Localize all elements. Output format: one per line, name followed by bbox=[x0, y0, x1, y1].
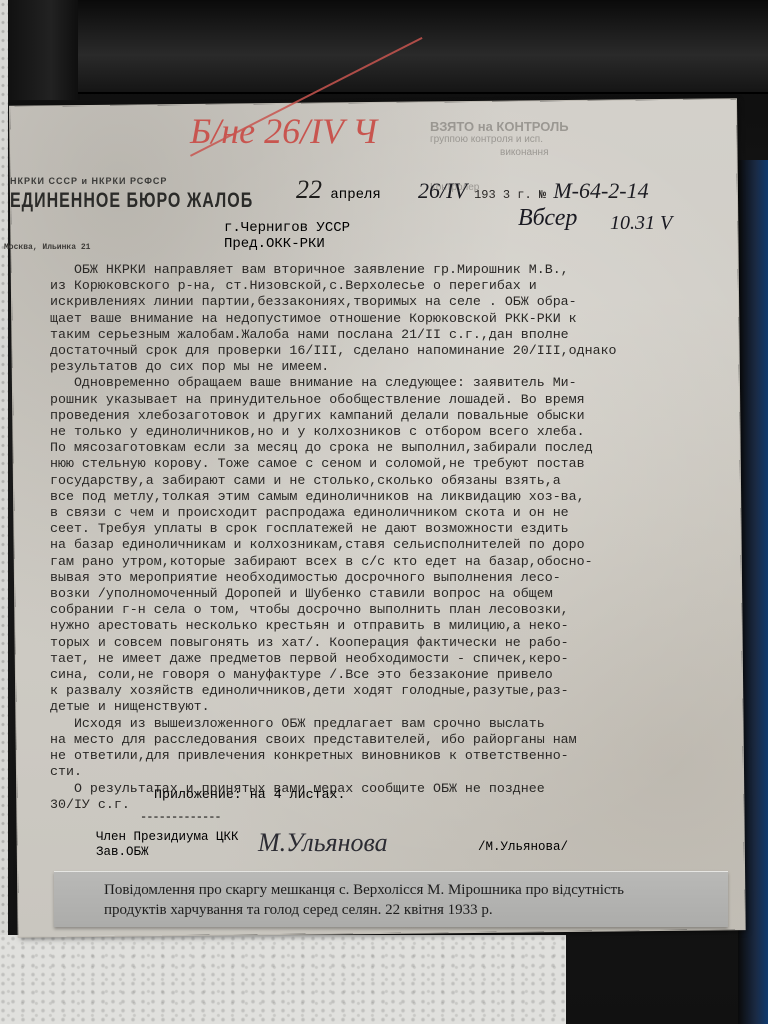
body-line: Одновременно обращаем ваше внимание на с… bbox=[50, 375, 730, 391]
handwritten-note: 10.31 V bbox=[610, 212, 672, 235]
body-line: Исходя из вышеизложенного ОБЖ предлагает… bbox=[50, 716, 730, 732]
signatory-name: /М.Ульянова/ bbox=[478, 840, 568, 854]
body-line: рошник указывает на принудительное обобщ… bbox=[50, 392, 730, 408]
body-line: торых и совсем повыгонять из хат/. Коопе… bbox=[50, 635, 730, 651]
signatory-role: Член Президиума ЦКК bbox=[96, 830, 239, 845]
letterhead-org: НКРКИ СССР и НКРКИ РСФСР bbox=[10, 176, 253, 186]
body-line: сеет. Требуя уплаты в срок госплатежей н… bbox=[50, 521, 730, 537]
body-line: детые и нищенствуют. bbox=[50, 699, 730, 715]
separator-dashes: ------------- bbox=[140, 810, 221, 824]
body-line: из Корюковского р-на, ст.Низовской,с.Вер… bbox=[50, 278, 730, 294]
letter-body: ОБЖ НКРКИ направляет вам вторичное заявл… bbox=[50, 262, 730, 813]
body-line: на базар единоличникам и колхозникам,ста… bbox=[50, 537, 730, 553]
signatory-role: Зав.ОБЖ bbox=[96, 845, 239, 860]
body-line: гам рано утром,которые забирают всех в с… bbox=[50, 554, 730, 570]
body-line: таким серьезным жалобам.Жалоба нами посл… bbox=[50, 327, 730, 343]
body-line: государству,а забирают сами и не столько… bbox=[50, 473, 730, 489]
stamp-line: виконання bbox=[430, 146, 569, 159]
body-line: проведения хлебозаготовок и других кампа… bbox=[50, 408, 730, 424]
body-line: нюю стельную корову. Тоже самое с сеном … bbox=[50, 456, 730, 472]
body-line: не ответили,для привлечения конкретных в… bbox=[50, 748, 730, 764]
registration-line: 26/IV 193 3 г. № М-64-2-14 bbox=[418, 178, 649, 204]
body-line: ОБЖ НКРКИ направляет вам вторичное заявл… bbox=[50, 262, 730, 278]
body-line: сина, соли,не говоря о мануфактуре /.Все… bbox=[50, 667, 730, 683]
registration-number: М-64-2-14 bbox=[553, 178, 648, 203]
letterhead-title: ЕДИНЕННОЕ БЮРО ЖАЛОБ bbox=[10, 190, 253, 213]
signature-roles: Член Президиума ЦКК Зав.ОБЖ bbox=[96, 830, 239, 860]
caption-line: Повідомлення про скаргу мешканця с. Верх… bbox=[104, 880, 728, 900]
exhibit-caption: Повідомлення про скаргу мешканця с. Верх… bbox=[54, 871, 728, 927]
body-line: все под метлу,толкая этим самым единолич… bbox=[50, 489, 730, 505]
body-line: возки /уполномоченный Доропей и Шубенко … bbox=[50, 586, 730, 602]
registration-date: 26/IV bbox=[418, 178, 467, 203]
body-line: собрании г-н села о том, чтобы досрочно … bbox=[50, 602, 730, 618]
date-day: 22 bbox=[296, 175, 322, 204]
body-line: достаточный срок для проверки 16/III, сд… bbox=[50, 343, 730, 359]
stamp-title: ВЗЯТО на КОНТРОЛЬ bbox=[430, 120, 569, 133]
red-resolution: Б/не 26/IV Ч bbox=[190, 110, 377, 152]
stamp-line: группою контроля и исп. bbox=[430, 133, 569, 146]
body-line: нужно арестовать несколько крестьян и от… bbox=[50, 618, 730, 634]
registration-number-label: № bbox=[539, 188, 546, 202]
addressee: г.Чернигов УССР Пред.ОКК-РКИ bbox=[224, 220, 350, 252]
body-line: По мясозаготовкам если за месяц до срока… bbox=[50, 440, 730, 456]
body-line: на место для расследования своих предста… bbox=[50, 732, 730, 748]
body-line: вывая это мероприятие необходимостью дос… bbox=[50, 570, 730, 586]
handwritten-note: Вбсер bbox=[518, 205, 577, 232]
registration-year: 193 3 г. bbox=[474, 188, 532, 202]
letterhead: НКРКИ СССР и НКРКИ РСФСР ЕДИНЕННОЕ БЮРО … bbox=[10, 176, 253, 208]
appendix-note: Приложение: на 4 листах. bbox=[154, 787, 346, 802]
body-line: О результатах и принятых вами мерах сооб… bbox=[50, 781, 730, 797]
frame-corner bbox=[8, 0, 80, 100]
body-line: тает, не имеет даже предметов первой нео… bbox=[50, 651, 730, 667]
body-line: к развалу хозяйств единоличников,дети хо… bbox=[50, 683, 730, 699]
body-line: в связи с чем и происходит распродажа ед… bbox=[50, 505, 730, 521]
body-line: не только у единоличников,но и у колхозн… bbox=[50, 424, 730, 440]
wall-bottom bbox=[0, 935, 566, 1024]
frame-top-molding bbox=[78, 0, 768, 94]
caption-line: продуктів харчування та голод серед селя… bbox=[104, 900, 728, 920]
date-month: апреля bbox=[330, 187, 380, 203]
addressee-city: г.Чернигов УССР bbox=[224, 220, 350, 236]
addressee-title: Пред.ОКК-РКИ bbox=[224, 236, 350, 252]
body-line: щает ваше внимание на недопустимое отнош… bbox=[50, 311, 730, 327]
handwritten-signature: М.Ульянова bbox=[258, 828, 388, 858]
letterhead-address: Москва, Ильинка 21 bbox=[4, 243, 90, 252]
body-line: сти. bbox=[50, 764, 730, 780]
body-line: результатов до сих пор мы не имеем. bbox=[50, 359, 730, 375]
body-line: искривлениях линии партии,беззакониях,тв… bbox=[50, 294, 730, 310]
document-date: 22 апреля bbox=[296, 175, 381, 205]
